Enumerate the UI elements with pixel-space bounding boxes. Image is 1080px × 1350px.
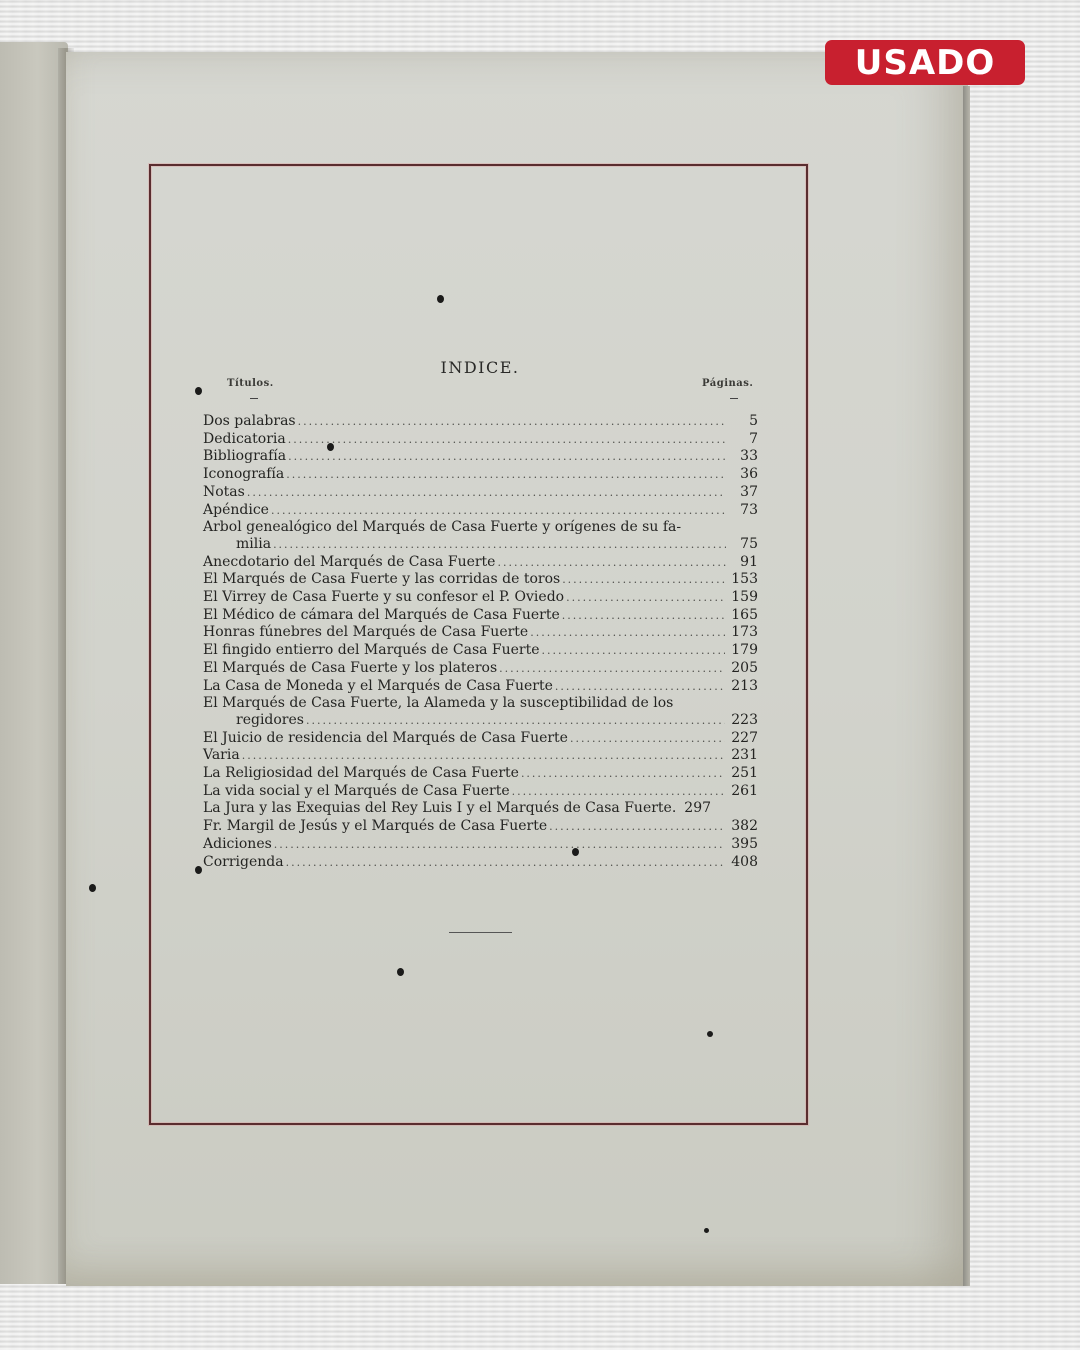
toc-row: La Jura y las Exequias del Rey Luis I y … (203, 800, 758, 818)
toc-row: Adiciones395 (203, 836, 758, 854)
toc-row: Bibliografía33 (203, 448, 758, 466)
toc-row: Varia231 (203, 747, 758, 765)
paper-speck (195, 387, 202, 395)
toc-row: Honras fúnebres del Marqués de Casa Fuer… (203, 624, 758, 642)
toc-row: El Virrey de Casa Fuerte y su confesor e… (203, 589, 758, 607)
toc-row: Apéndice73 (203, 502, 758, 520)
toc-row: Dedicatoria7 (203, 431, 758, 449)
paper-speck (327, 443, 334, 451)
toc-row: El Marqués de Casa Fuerte, la Alameda y … (203, 695, 758, 712)
toc-row: El fingido entierro del Marqués de Casa … (203, 642, 758, 660)
toc-row: Fr. Margil de Jesús y el Marqués de Casa… (203, 818, 758, 836)
toc-row: Anecdotario del Marqués de Casa Fuerte91 (203, 554, 758, 572)
paper-speck (437, 295, 444, 303)
column-dash-right (730, 398, 738, 399)
toc-row-continuation: milia75 (203, 536, 758, 554)
toc-row: El Juicio de residencia del Marqués de C… (203, 730, 758, 748)
page-edge-right (963, 86, 970, 1286)
paper-speck (195, 866, 202, 874)
toc-row: La vida social y el Marqués de Casa Fuer… (203, 783, 758, 801)
condition-badge: USADO (825, 40, 1025, 85)
toc-row-continuation: regidores223 (203, 712, 758, 730)
paper-speck (704, 1228, 709, 1233)
toc-row: Arbol genealógico del Marqués de Casa Fu… (203, 519, 758, 536)
column-header-pages: Páginas. (702, 378, 753, 389)
column-header-titles: Títulos. (227, 378, 274, 389)
toc-row: El Marqués de Casa Fuerte y las corridas… (203, 571, 758, 589)
toc-row: El Médico de cámara del Marqués de Casa … (203, 607, 758, 625)
toc-row: La Casa de Moneda y el Marqués de Casa F… (203, 678, 758, 696)
toc-row: La Religiosidad del Marqués de Casa Fuer… (203, 765, 758, 783)
toc-row: Corrigenda408 (203, 854, 758, 872)
paper-speck (572, 848, 579, 856)
toc-row: Iconografía36 (203, 466, 758, 484)
toc-row: Notas37 (203, 484, 758, 502)
closing-rule (449, 932, 512, 933)
paper-speck (89, 884, 96, 892)
paper-speck (397, 968, 404, 976)
toc-row: Dos palabras5 (203, 413, 758, 431)
toc-row: El Marqués de Casa Fuerte y los plateros… (203, 660, 758, 678)
column-dash-left (250, 398, 258, 399)
index-title: INDICE. (400, 358, 560, 377)
table-of-contents: Dos palabras5 Dedicatoria7 Bibliografía3… (203, 413, 758, 871)
paper-speck (707, 1031, 713, 1037)
